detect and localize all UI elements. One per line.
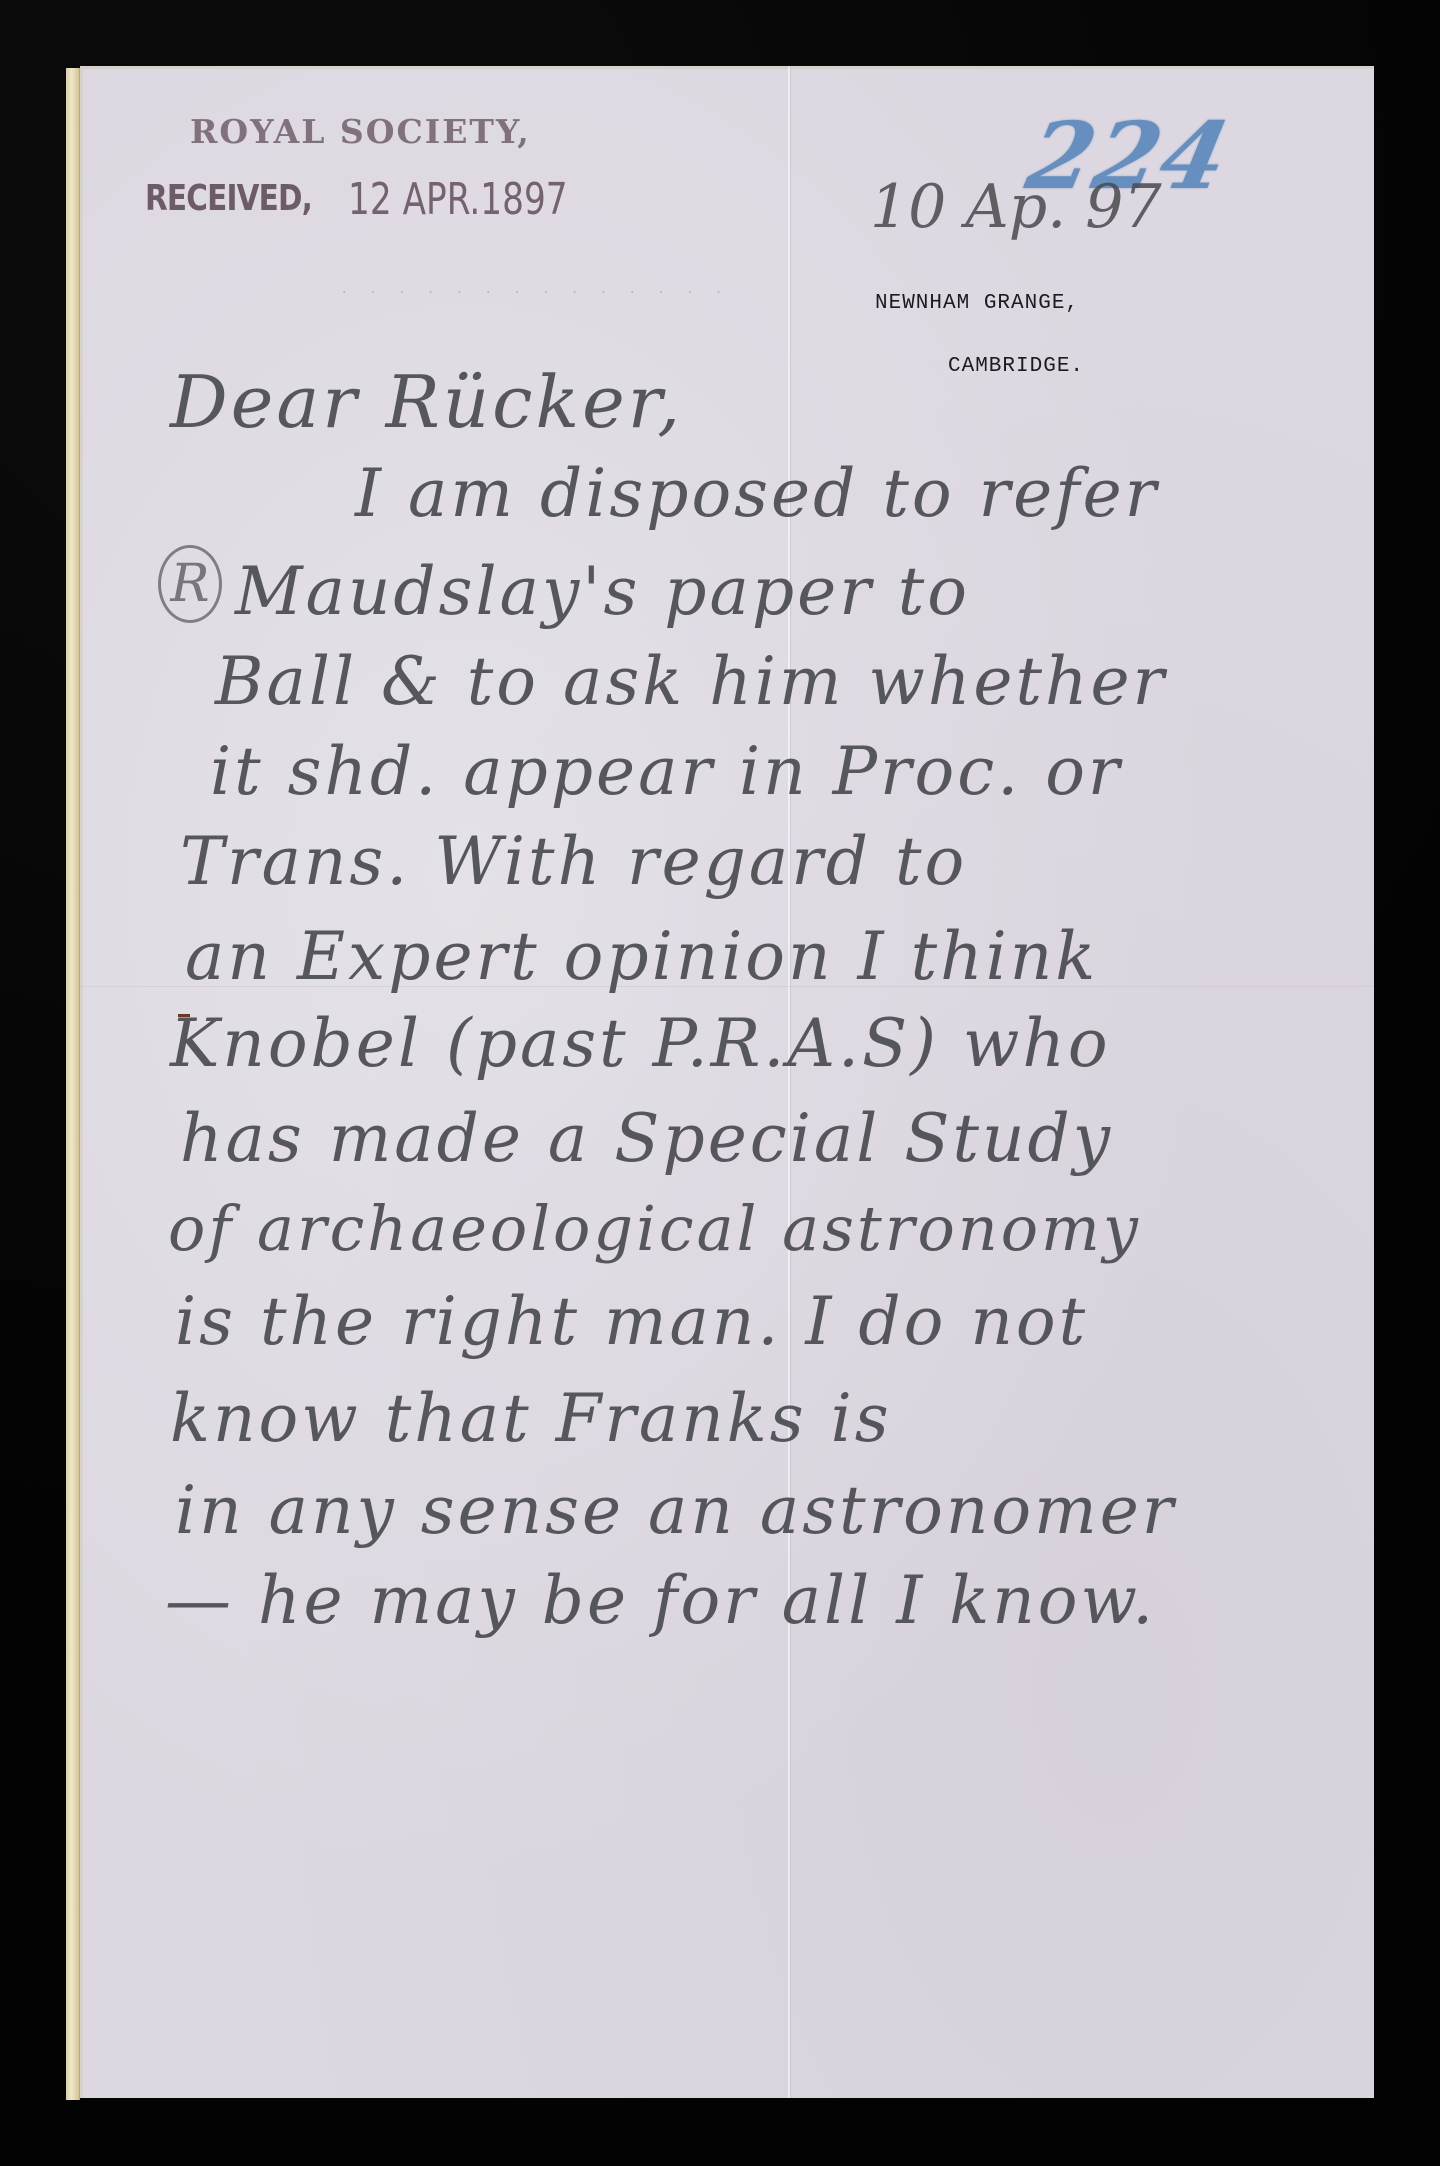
fold-line xyxy=(788,66,790,2098)
stamp-royal-society: ROYAL SOCIETY, xyxy=(190,112,531,151)
body-line-6: an Expert opinion I think xyxy=(185,918,1098,995)
body-line-9: of archaeological astronomy xyxy=(168,1192,1141,1265)
body-line-7: Knobel (past P.R.A.S) who xyxy=(170,1005,1111,1082)
body-line-10: is the right man. I do not xyxy=(175,1283,1088,1360)
body-line-4: it shd. appear in Proc. or xyxy=(210,733,1122,810)
faint-letterhead: · · · · · · · · · · · · · · xyxy=(340,285,729,301)
letterhead-city: CAMBRIDGE. xyxy=(948,355,1084,378)
body-line-1: I am disposed to refer xyxy=(355,455,1159,532)
handwritten-date: 10 Ap. 97 xyxy=(870,172,1162,242)
stamp-received-date: 12 APR.1897 xyxy=(348,174,568,225)
body-line-12: in any sense an astronomer xyxy=(175,1472,1176,1549)
body-line-8: has made a Special Study xyxy=(180,1100,1113,1177)
letterhead-address: NEWNHAM GRANGE, xyxy=(875,292,1079,315)
salutation: Dear Rücker, xyxy=(170,360,683,444)
marginal-r-mark: R xyxy=(158,545,222,623)
mounting-strip xyxy=(66,68,80,2100)
body-line-5: Trans. With regard to xyxy=(180,823,967,900)
document-scan: ROYAL SOCIETY, RECEIVED, 12 APR.1897 224… xyxy=(0,0,1440,2166)
body-line-3: Ball & to ask him whether xyxy=(215,643,1167,720)
body-line-11: know that Franks is xyxy=(170,1380,892,1457)
body-line-2: Maudslay's paper to xyxy=(235,553,970,630)
stamp-received-label: RECEIVED, xyxy=(145,178,312,219)
body-line-13: — he may be for all I know. xyxy=(165,1562,1156,1639)
